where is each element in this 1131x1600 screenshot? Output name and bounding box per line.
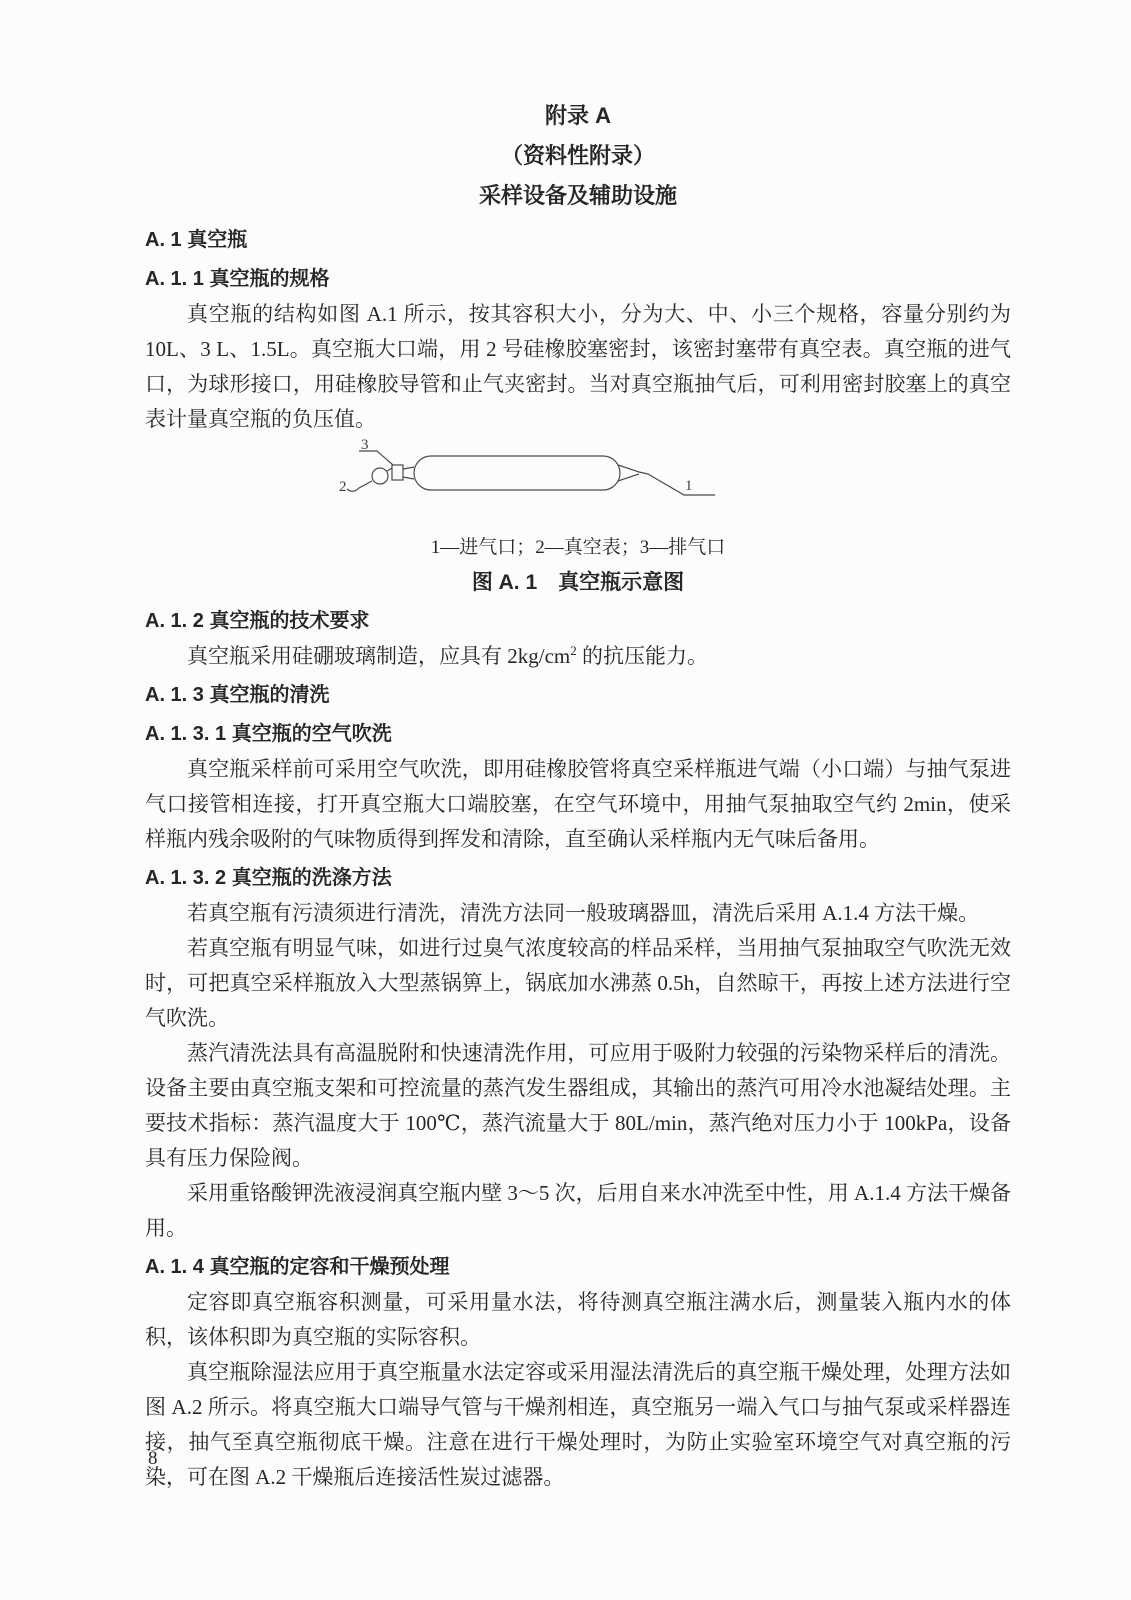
figure-caption: 图 A. 1 真空瓶示意图 [145, 565, 1011, 600]
figure-a1: 1 2 3 [145, 437, 1011, 530]
heading-a13: A. 1. 3 真空瓶的清洗 [145, 678, 1011, 713]
document-content: 附录 A （资料性附录） 采样设备及辅助设施 A. 1 真空瓶 A. 1. 1 … [145, 96, 1011, 1495]
paragraph-a132-4: 采用重铬酸钾洗液浸润真空瓶内壁 3～5 次，后用自来水冲洗至中性，用 A.1.4… [145, 1176, 1011, 1246]
bottle-neck [403, 467, 414, 479]
appendix-note: （资料性附录） [145, 136, 1011, 176]
leader-line-2 [347, 481, 372, 491]
heading-a131: A. 1. 3. 1 真空瓶的空气吹洗 [145, 717, 1011, 752]
vacuum-gauge [372, 468, 388, 484]
figure-label-2: 2 [339, 479, 347, 495]
figure-label-1: 1 [685, 478, 693, 494]
paragraph-a131: 真空瓶采样前可采用空气吹洗，即用硅橡胶管将真空采样瓶进气端（小口端）与抽气泵进气… [145, 752, 1011, 857]
vacuum-bottle-figure: 1 2 3 [335, 437, 715, 530]
paragraph-a132-2: 若真空瓶有明显气味，如进行过臭气浓度较高的样品采样，当用抽气泵抽取空气吹洗无效时… [145, 931, 1011, 1036]
appendix-subject: 采样设备及辅助设施 [145, 176, 1011, 216]
paragraph-a14-1: 定容即真空瓶容积测量，可采用量水法，将待测真空瓶注满水后，测量装入瓶内水的体积，… [145, 1285, 1011, 1355]
paragraph-a11: 真空瓶的结构如图 A.1 所示，按其容积大小，分为大、中、小三个规格，容量分别约… [145, 297, 1011, 437]
paragraph-a12: 真空瓶采用硅硼玻璃制造，应具有 2kg/cm2 的抗压能力。 [145, 639, 1011, 674]
paragraph-a132-1: 若真空瓶有污渍须进行清洗，清洗方法同一般玻璃器皿，清洗后采用 A.1.4 方法干… [145, 896, 1011, 931]
a12-text-post: 的抗压能力。 [577, 644, 708, 668]
heading-a1: A. 1 真空瓶 [145, 223, 1011, 258]
heading-a12: A. 1. 2 真空瓶的技术要求 [145, 604, 1011, 639]
sealing-stopper [392, 465, 403, 480]
bottle-nozzle [618, 465, 639, 481]
leader-line-3 [359, 451, 393, 465]
document-page: 附录 A （资料性附录） 采样设备及辅助设施 A. 1 真空瓶 A. 1. 1 … [0, 0, 1131, 1600]
bottle-body [414, 456, 620, 490]
heading-a132: A. 1. 3. 2 真空瓶的洗涤方法 [145, 861, 1011, 896]
figure-label-3: 3 [361, 437, 369, 453]
heading-a14: A. 1. 4 真空瓶的定容和干燥预处理 [145, 1250, 1011, 1285]
paragraph-a14-2: 真空瓶除湿法应用于真空瓶量水法定容或采用湿法清洗后的真空瓶干燥处理，处理方法如图… [145, 1355, 1011, 1495]
leader-line-1 [648, 474, 715, 495]
a12-text-pre: 真空瓶采用硅硼玻璃制造，应具有 2kg/cm [187, 644, 570, 668]
figure-legend: 1—进气口；2—真空表；3—排气口 [145, 530, 1011, 565]
heading-a11: A. 1. 1 真空瓶的规格 [145, 262, 1011, 297]
appendix-title: 附录 A [145, 96, 1011, 136]
paragraph-a132-3: 蒸汽清洗法具有高温脱附和快速清洗作用，可应用于吸附力较强的污染物采样后的清洗。设… [145, 1036, 1011, 1176]
page-number: 8 [148, 1448, 158, 1470]
